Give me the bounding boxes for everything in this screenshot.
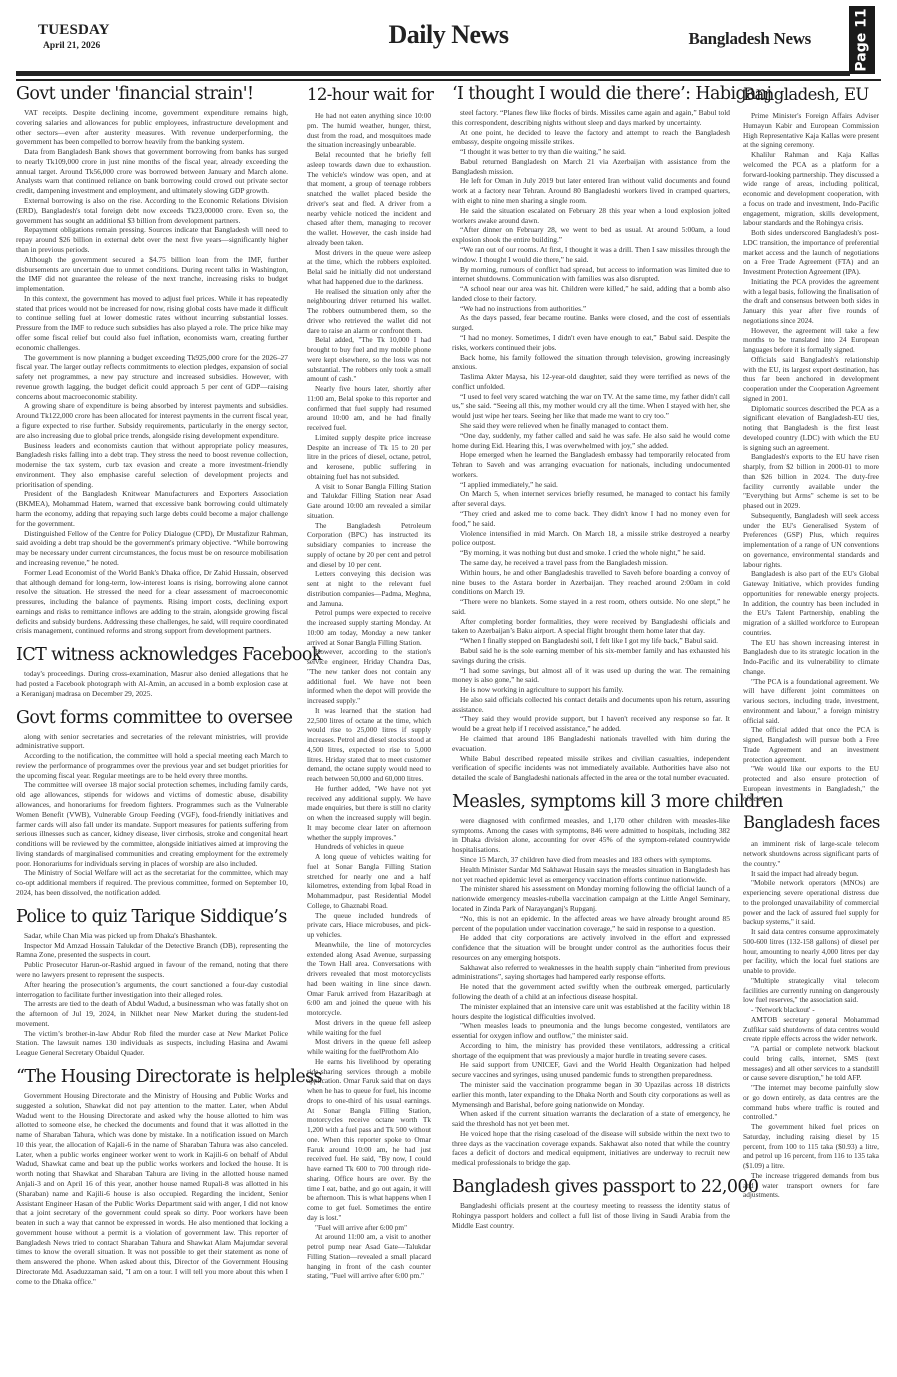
article-paragraph: Letters conveying this decision was sent… xyxy=(307,569,431,608)
article-headline[interactable]: Bangladesh, EU xyxy=(743,84,879,105)
article-paragraph: The queue included hundreds of private c… xyxy=(307,911,431,940)
article-paragraph: "Mobile network operators (MNOs) are exp… xyxy=(743,878,879,927)
article-paragraph: He added that city corporations are acti… xyxy=(452,933,730,962)
article-paragraph: As the days passed, fear became routine.… xyxy=(452,313,730,333)
news-article: Govt forms committee to overseealong wit… xyxy=(16,708,288,898)
article-paragraph: He further added, "We have not yet recei… xyxy=(307,784,431,843)
article-paragraph: Babul returned Bangladesh on March 21 vi… xyxy=(452,157,730,177)
article-paragraph: He earns his livelihood by operating rid… xyxy=(307,1057,431,1223)
article-paragraph: After hearing the prosecution’s argument… xyxy=(16,980,288,1000)
column-3: ‘I thought I would die there’: Habiganjs… xyxy=(452,84,730,1239)
section-name: Bangladesh News xyxy=(688,29,811,49)
article-paragraph: Since 15 March, 37 children have died fr… xyxy=(452,855,730,865)
masthead-rule-thin xyxy=(16,79,881,81)
column-1: Govt under 'financial strain'!VAT receip… xyxy=(16,84,288,1296)
article-paragraph: The official added that once the PCA is … xyxy=(743,725,879,764)
article-paragraph: steel factory. “Planes flew like flocks … xyxy=(452,108,730,128)
article-headline[interactable]: ICT witness acknowledges Facebook xyxy=(16,645,288,666)
article-paragraph: "The internet may become painfully slow … xyxy=(743,1083,879,1122)
article-paragraph: The minister said the vaccination progra… xyxy=(452,1080,730,1109)
article-paragraph: The Bangladesh Petroleum Corporation (BP… xyxy=(307,521,431,570)
article-paragraph: The minister shared his assessment on Mo… xyxy=(452,884,730,913)
news-article: ‘I thought I would die there’: Habiganjs… xyxy=(452,84,730,783)
article-paragraph: Subsequently, Bangladesh will seek acces… xyxy=(743,511,879,570)
article-paragraph: Violence intensified in mid March. On Ma… xyxy=(452,529,730,549)
article-paragraph: Hope emerged when he learned the Banglad… xyxy=(452,450,730,479)
article-paragraph: “After dinner on February 28, we went to… xyxy=(452,225,730,245)
article-paragraph: The government is now planning a budget … xyxy=(16,353,288,402)
article-paragraph: “By morning, it was nothing but dust and… xyxy=(452,548,730,558)
article-paragraph: He voiced hope that the rising caseload … xyxy=(452,1129,730,1168)
article-paragraph: Officials said Bangladesh's relationship… xyxy=(743,355,879,404)
article-paragraph: "Multiple strategically vital telecom fa… xyxy=(743,976,879,1005)
article-headline[interactable]: ‘I thought I would die there’: Habiganj xyxy=(452,84,730,105)
article-paragraph: “They said they would provide support, b… xyxy=(452,714,730,734)
article-paragraph: He realised the situation only after the… xyxy=(307,287,431,336)
article-paragraph: Meanwhile, the line of motorcycles exten… xyxy=(307,940,431,1018)
article-headline[interactable]: Police to quiz Tarique Siddique’s xyxy=(16,907,288,928)
article-paragraph: Hundreds of vehicles in queue xyxy=(307,842,431,852)
article-headline[interactable]: Govt forms committee to oversee xyxy=(16,708,288,729)
article-paragraph: Diplomatic sources described the PCA as … xyxy=(743,404,879,453)
article-paragraph: Both sides underscored Bangladesh's post… xyxy=(743,228,879,277)
article-paragraph: Babul said he is the sole earning member… xyxy=(452,646,730,666)
article-paragraph: Within hours, he and other Bangladeshis … xyxy=(452,568,730,597)
article-paragraph: Distinguished Fellow of the Centre for P… xyxy=(16,529,288,568)
masthead-rule-thick xyxy=(16,71,850,76)
article-paragraph: He claimed that around 186 Bangladeshi n… xyxy=(452,734,730,754)
article-paragraph: Although the government secured a $4.75 … xyxy=(16,255,288,294)
article-paragraph: Prime Minister's Foreign Affairs Adviser… xyxy=(743,111,879,150)
article-paragraph: President of the Bangladesh Knitwear Man… xyxy=(16,489,288,528)
article-paragraph: By morning, rumours of conflict had spre… xyxy=(452,265,730,285)
article-paragraph: The committee will oversee 18 major soci… xyxy=(16,780,288,868)
article-paragraph: Data from Bangladesh Bank shows that gov… xyxy=(16,147,288,196)
article-paragraph: Repayment obligations remain pressing. S… xyxy=(16,225,288,254)
article-paragraph: The Ministry of Social Welfare will act … xyxy=(16,868,288,897)
article-paragraph: According to the notification, the commi… xyxy=(16,751,288,780)
news-article: 12-hour wait forHe had not eaten anythin… xyxy=(307,84,431,1281)
article-paragraph: The minister explained that an intensive… xyxy=(452,1002,730,1022)
article-paragraph: Government Housing Directorate and the M… xyxy=(16,1091,288,1287)
article-paragraph: Sadar, while Chan Mia was picked up from… xyxy=(16,931,288,941)
column-4: Bangladesh, EUPrime Minister's Foreign A… xyxy=(743,84,879,1209)
article-paragraph: At around 11:00 am, a visit to another p… xyxy=(307,1232,431,1281)
article-paragraph: an imminent risk of large-scale telecom … xyxy=(743,839,879,868)
article-paragraph: along with senior secretaries and secret… xyxy=(16,732,288,752)
news-article: Measles, symptoms kill 3 more childrenwe… xyxy=(452,792,730,1168)
article-paragraph: A growing share of expenditure is being … xyxy=(16,401,288,440)
article-paragraph: “We ran out of our rooms. At first, I th… xyxy=(452,245,730,265)
page-number-badge: Page 11 xyxy=(849,6,875,74)
article-paragraph: Bangladesh is also part of the EU's Glob… xyxy=(743,569,879,637)
article-paragraph: "A partial or complete network blackout … xyxy=(743,1044,879,1083)
article-paragraph: Inspector Md Amzad Hossain Talukdar of t… xyxy=(16,941,288,961)
article-paragraph: Bangladesh's exports to the EU have rise… xyxy=(743,452,879,511)
article-paragraph: “I had no money. Sometimes, I didn't eve… xyxy=(452,333,730,353)
article-paragraph: In this context, the government has move… xyxy=(16,294,288,353)
article-paragraph: “I had some savings, but almost all of i… xyxy=(452,666,730,686)
article-paragraph: VAT receipts. Despite declining income, … xyxy=(16,108,288,147)
article-paragraph: Business leaders and economists caution … xyxy=(16,441,288,490)
article-paragraph: were diagnosed with confirmed measles, a… xyxy=(452,816,730,855)
article-paragraph: Bangladeshi officials present at the cou… xyxy=(452,1201,730,1230)
article-paragraph: Belal added, "The Tk 10,000 I had brough… xyxy=(307,335,431,384)
article-paragraph: However, the agreement will take a few m… xyxy=(743,326,879,355)
page-number-label: Page 11 xyxy=(854,8,870,71)
article-paragraph: A long queue of vehicles waiting for fue… xyxy=(307,852,431,911)
article-headline[interactable]: Measles, symptoms kill 3 more children xyxy=(452,792,730,813)
article-paragraph: “I thought it was better to try than die… xyxy=(452,147,730,157)
news-article: Bangladesh facesan imminent risk of larg… xyxy=(743,812,879,1200)
article-paragraph: Belal recounted that he briefly fell asl… xyxy=(307,150,431,248)
article-paragraph: The government hiked fuel prices on Satu… xyxy=(743,1122,879,1171)
article-paragraph: It was learned that the station had 22,5… xyxy=(307,706,431,784)
article-paragraph: Health Minister Sardar Md Sakhawat Husai… xyxy=(452,865,730,885)
article-paragraph: He left for Oman in July 2019 but later … xyxy=(452,176,730,205)
article-paragraph: Limited supply despite price increase De… xyxy=(307,433,431,482)
article-paragraph: Nearly five hours later, shortly after 1… xyxy=(307,384,431,433)
article-paragraph: It said data centres consume approximate… xyxy=(743,927,879,976)
article-paragraph: today's proceedings. During cross-examin… xyxy=(16,669,288,698)
article-paragraph: “There were no blankets. Some stayed in … xyxy=(452,597,730,617)
article-paragraph: Most drivers in the queue fell asleep wh… xyxy=(307,1018,431,1038)
article-paragraph: Most drivers in the queue were asleep at… xyxy=(307,248,431,287)
article-paragraph: He said support from UNICEF, Gavi and th… xyxy=(452,1060,730,1080)
article-paragraph: “A school near our area was hit. Childre… xyxy=(452,284,730,304)
article-paragraph: “I used to feel very scared watching the… xyxy=(452,392,730,421)
news-article: Police to quiz Tarique Siddique’sSadar, … xyxy=(16,907,288,1058)
article-paragraph: He also said officials collected his con… xyxy=(452,695,730,715)
article-paragraph: He is now working in agriculture to supp… xyxy=(452,685,730,695)
article-headline[interactable]: Govt under 'financial strain'! xyxy=(16,84,288,105)
news-article: ICT witness acknowledges Facebooktoday's… xyxy=(16,645,288,698)
article-paragraph: External borrowing is also on the rise. … xyxy=(16,196,288,225)
article-headline[interactable]: Bangladesh gives passport to 22,000 xyxy=(452,1177,730,1198)
article-paragraph: According to him, the ministry has provi… xyxy=(452,1041,730,1061)
article-paragraph: “I applied immediately,” he said. xyxy=(452,480,730,490)
article-paragraph: "We would like our exports to the EU pro… xyxy=(743,764,879,803)
article-paragraph: Public Prosecutor Harun-or-Rashid argued… xyxy=(16,960,288,980)
article-paragraph: He said the situation escalated on Febru… xyxy=(452,206,730,226)
article-paragraph: However, according to the station's serv… xyxy=(307,647,431,706)
news-article: Govt under 'financial strain'!VAT receip… xyxy=(16,84,288,636)
article-paragraph: Sakhawat also referred to weaknesses in … xyxy=(452,963,730,983)
article-paragraph: After completing border formalities, the… xyxy=(452,617,730,637)
article-headline[interactable]: 12-hour wait for xyxy=(307,84,431,105)
article-paragraph: Initiating the PCA provides the agreemen… xyxy=(743,277,879,326)
news-article: Bangladesh, EUPrime Minister's Foreign A… xyxy=(743,84,879,803)
article-headline[interactable]: “The Housing Directorate is helpless xyxy=(16,1067,288,1088)
article-paragraph: The arrests are tied to the death of Abd… xyxy=(16,999,288,1028)
article-paragraph: It said the impact had already begun. xyxy=(743,869,879,879)
article-paragraph: While Babul described repeated missile s… xyxy=(452,754,730,783)
article-paragraph: The victim’s brother-in-law Abdur Rob fi… xyxy=(16,1029,288,1058)
article-paragraph: A visit to Sonar Bangla Filling Station … xyxy=(307,482,431,521)
article-paragraph: AMTOB secretary general Mohammad Zulfika… xyxy=(743,1015,879,1044)
article-paragraph: The increase triggered demands from bus … xyxy=(743,1171,879,1200)
article-paragraph: Khalilur Rahman and Kaja Kallas welcomed… xyxy=(743,150,879,228)
article-paragraph: The same day, he received a travel pass … xyxy=(452,558,730,568)
article-paragraph: “When I finally stepped on Bangladeshi s… xyxy=(452,636,730,646)
column-2: 12-hour wait forHe had not eaten anythin… xyxy=(307,84,431,1290)
article-paragraph: "The PCA is a foundational agreement. We… xyxy=(743,677,879,726)
article-paragraph: He noted that the government acted swift… xyxy=(452,982,730,1002)
article-paragraph: The EU has shown increasing interest in … xyxy=(743,638,879,677)
article-paragraph: “No, this is not an epidemic. In the aff… xyxy=(452,914,730,934)
article-paragraph: “One day, suddenly, my father called and… xyxy=(452,431,730,451)
article-paragraph: She said they were relieved when he fina… xyxy=(452,421,730,431)
article-paragraph: - 'Network blackout' - xyxy=(743,1005,879,1015)
article-paragraph: "When measles leads to pneumonia and the… xyxy=(452,1021,730,1041)
article-paragraph: Petrol pumps were expected to receive th… xyxy=(307,608,431,647)
article-headline[interactable]: Bangladesh faces xyxy=(743,812,879,833)
article-paragraph: Former Lead Economist of the World Bank'… xyxy=(16,568,288,636)
article-paragraph: Back home, his family followed the situa… xyxy=(452,353,730,373)
article-paragraph: “We had no instructions from authorities… xyxy=(452,304,730,314)
article-paragraph: On March 5, when internet services brief… xyxy=(452,489,730,509)
article-paragraph: “They cried and asked me to come back. T… xyxy=(452,509,730,529)
news-article: Bangladesh gives passport to 22,000Bangl… xyxy=(452,1177,730,1230)
news-article: “The Housing Directorate is helplessGove… xyxy=(16,1067,288,1287)
article-paragraph: Taslima Akter Maysa, his 12-year-old dau… xyxy=(452,372,730,392)
article-paragraph: Most drivers in the queue fell asleep wh… xyxy=(307,1037,431,1057)
article-paragraph: "Fuel will arrive after 6:00 pm" xyxy=(307,1223,431,1233)
article-paragraph: At one point, he decided to leave the fa… xyxy=(452,128,730,148)
article-paragraph: He had not eaten anything since 10:00 pm… xyxy=(307,111,431,150)
article-paragraph: When asked if the current situation warr… xyxy=(452,1109,730,1129)
masthead: TUESDAY April 21, 2026 Daily News Bangla… xyxy=(0,0,897,80)
